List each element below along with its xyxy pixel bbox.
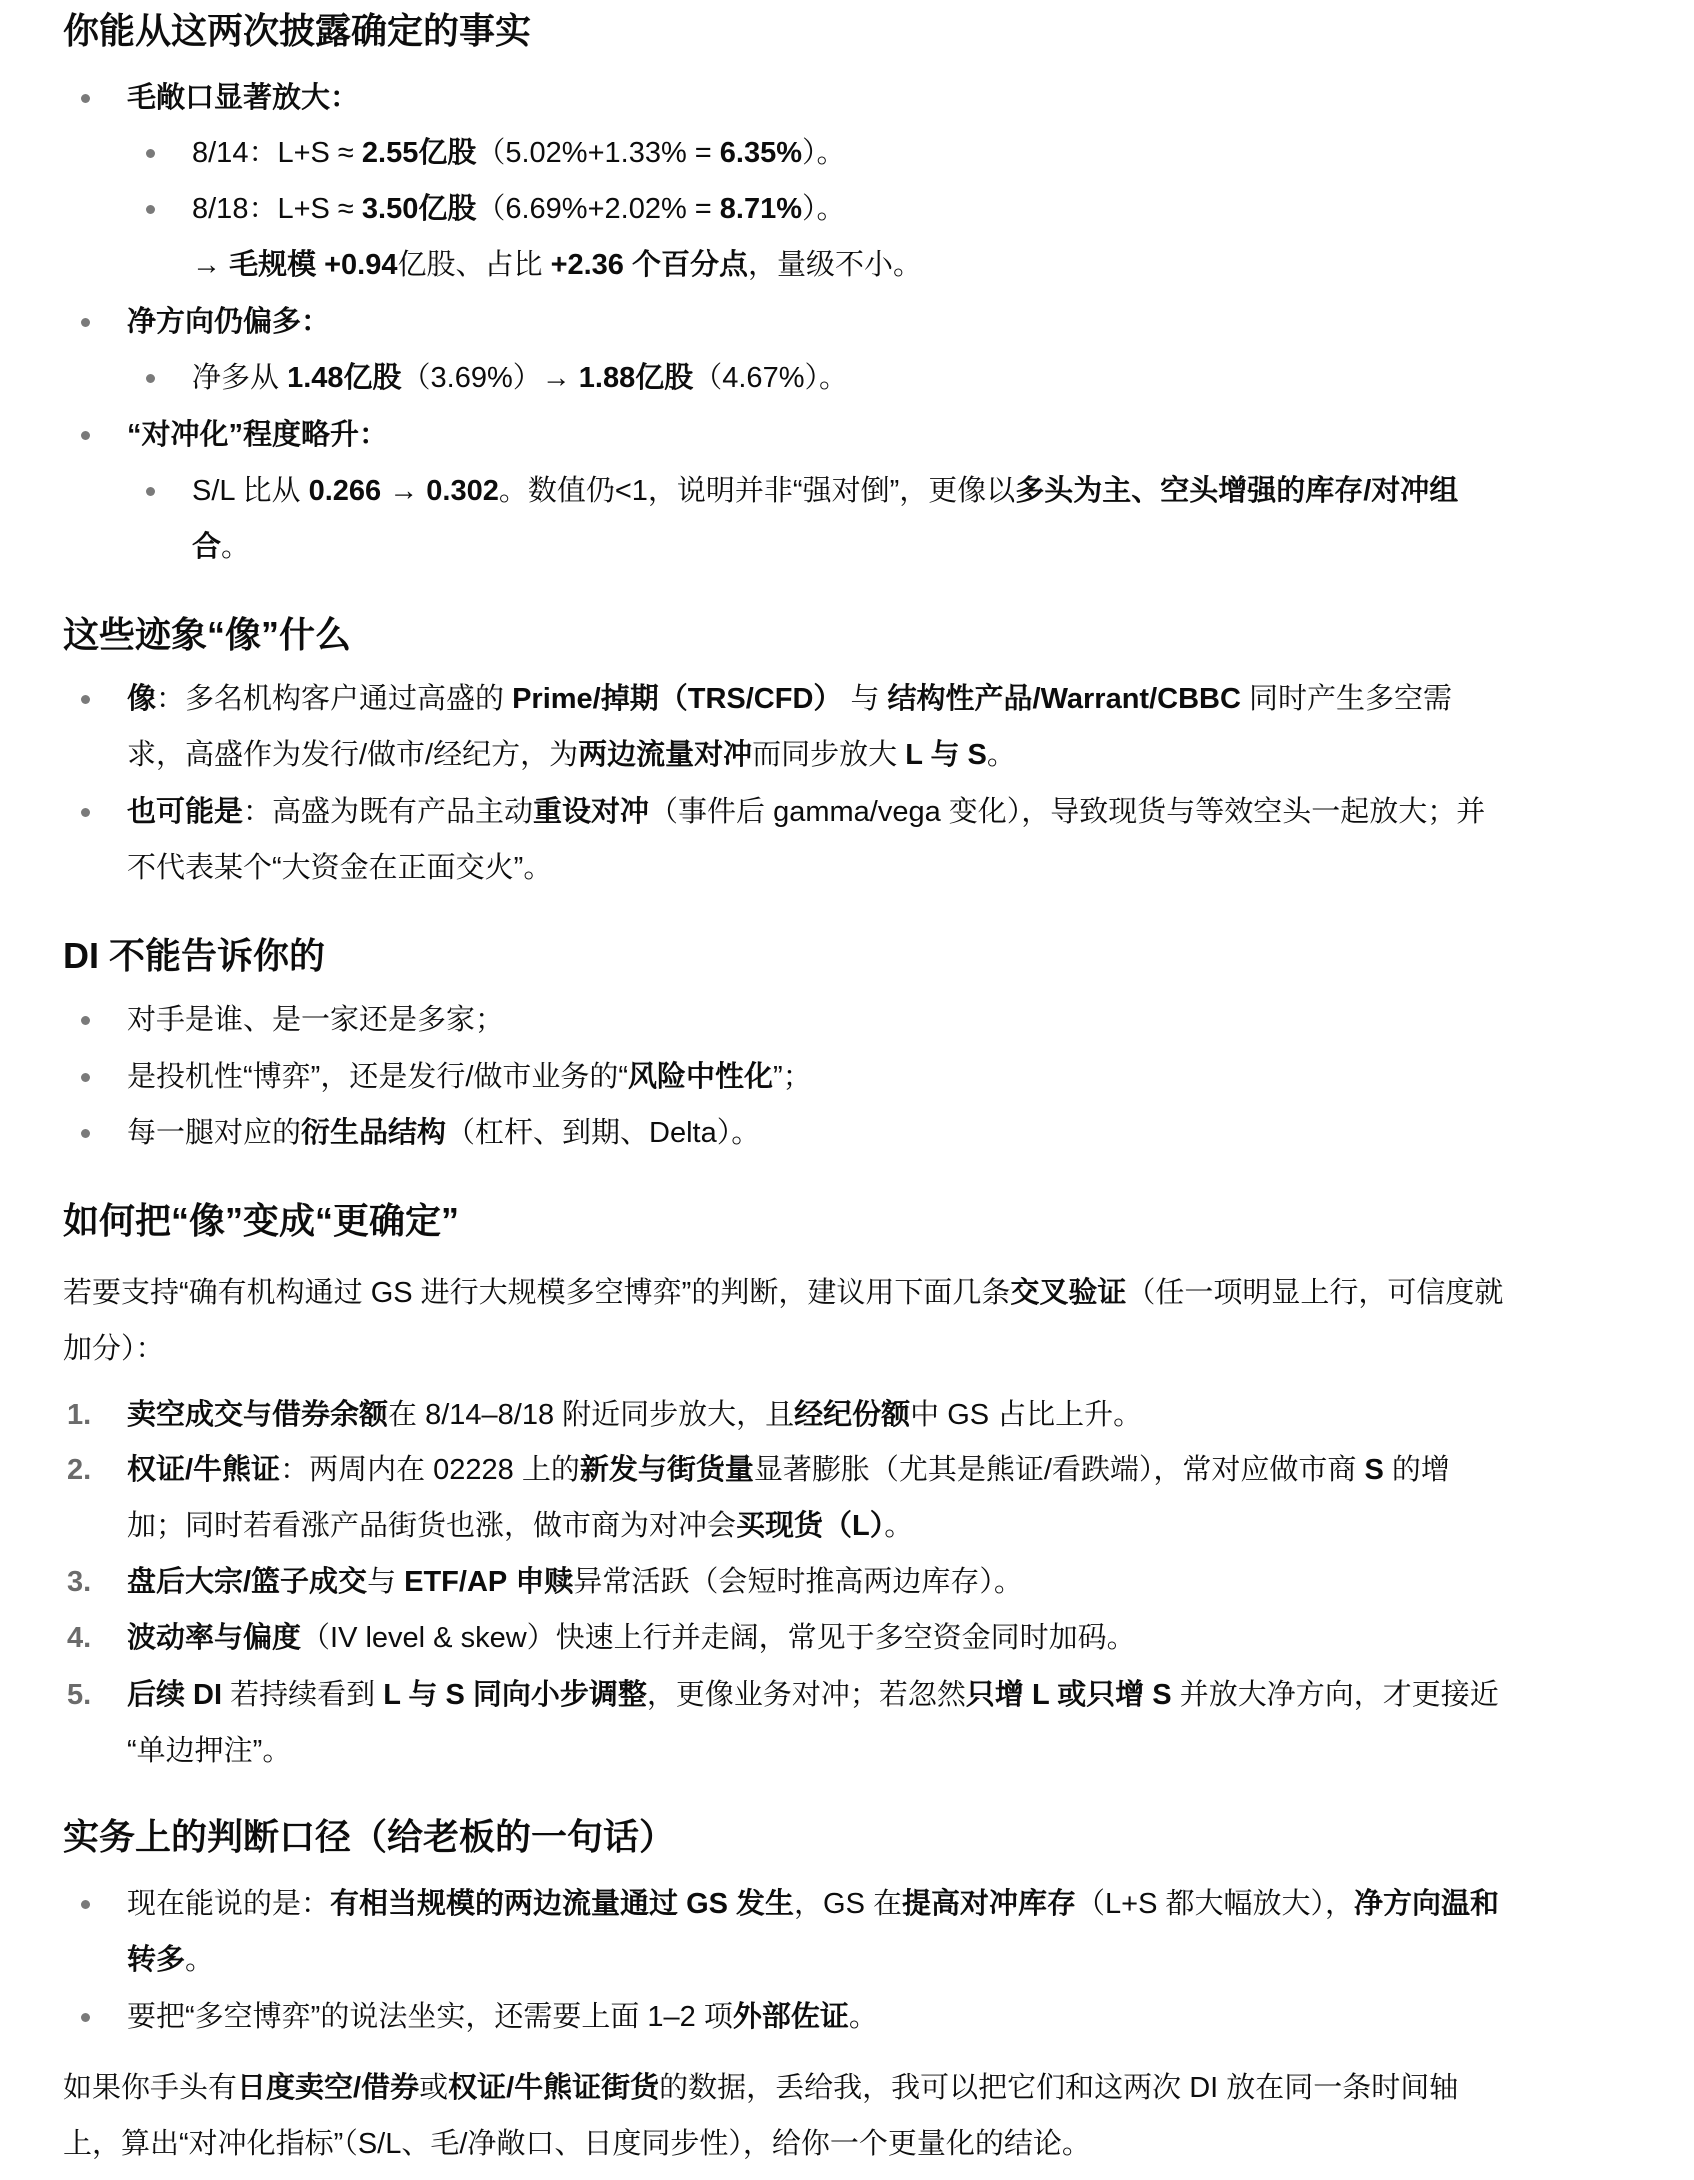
text-line: 也可能是：高盛为既有产品主动重设对冲（事件后 gamma/vega 变化），导致…	[127, 792, 1485, 832]
bold-text: 0.266 → 0.302	[309, 475, 499, 507]
section-heading: DI 不能告诉你的	[63, 934, 325, 978]
text-line: 8/18：L+S ≈ 3.50亿股（6.69%+2.02% = 8.71%）。	[192, 189, 846, 229]
bold-text: 交叉验证	[1010, 1277, 1126, 1309]
bold-text: 净方向仍偏多：	[127, 306, 330, 338]
text-line: 波动率与偏度（IV level & skew）快速上行并走阔，常见于多空资金同时…	[127, 1618, 1136, 1658]
list-number: 4.	[67, 1618, 91, 1658]
bold-text: 2.55亿股	[362, 137, 476, 169]
text-run: 异常活跃（会短时推高两边库存）。	[573, 1566, 1023, 1598]
bullet-dot-icon	[81, 431, 90, 440]
bold-text: 提高对冲库存	[902, 1888, 1076, 1920]
text-run: （4.67%）。	[693, 362, 848, 394]
text-run: （IV level & skew）快速上行并走阔，常见于多空资金同时加码。	[301, 1622, 1136, 1654]
text-run: 在 8/14–8/18 附近同步放大，且	[388, 1399, 794, 1431]
bold-text: L 与 S	[905, 739, 987, 771]
text-line: → 毛规模 +0.94亿股、占比 +2.36 个百分点，量级不小。	[192, 245, 922, 285]
text-run: 要把“多空博弈”的说法坐实，还需要上面 1–2 项	[127, 2001, 733, 2033]
text-run: （5.02%+1.33% =	[476, 137, 719, 169]
bold-text: 申赎	[515, 1566, 573, 1598]
section-heading: 你能从这两次披露确定的事实	[63, 9, 531, 53]
bullet-dot-icon	[81, 2013, 90, 2022]
bold-text: 多头为主、空头增强的库存/对冲组	[1015, 475, 1458, 507]
text-run: （6.69%+2.02% =	[476, 193, 719, 225]
text-run: ，更像业务对冲；若忽然	[647, 1679, 966, 1711]
bold-text: 8.71%	[720, 193, 802, 225]
bold-text: 1.48亿股	[287, 362, 401, 394]
text-run: ：多名机构客户通过高盛的	[156, 683, 512, 715]
bold-text: 转多	[127, 1944, 185, 1976]
text-run: S/L 比从	[192, 475, 309, 507]
list-number: 1.	[67, 1395, 91, 1435]
text-run: 而同步放大	[752, 739, 905, 771]
bold-text: 像	[127, 683, 156, 715]
text-line: 如果你手头有日度卖空/借券或权证/牛熊证街货的数据，丢给我，我可以把它们和这两次…	[63, 2068, 1458, 2108]
bold-text: 卖空成交与借券余额	[127, 1399, 388, 1431]
bold-text: 权证/牛熊证街货	[448, 2072, 659, 2104]
bullet-dot-icon	[81, 94, 90, 103]
bold-text: 买现货（L）	[736, 1510, 884, 1542]
text-run: ，量级不小。	[748, 249, 922, 281]
text-run: 亿股、占比	[398, 249, 551, 281]
bold-text: 毛规模 +0.94	[229, 249, 397, 281]
bullet-dot-icon	[81, 695, 90, 704]
text-run: 中 GS 占比上升。	[910, 1399, 1142, 1431]
text-run: ）。	[802, 193, 846, 225]
text-run: 。	[849, 2001, 878, 2033]
text-run: 显著膨胀（尤其是熊证/看跌端），常对应做市商	[754, 1454, 1365, 1486]
bold-text: 外部佐证	[733, 2001, 849, 2033]
text-line: 转多。	[127, 1940, 214, 1980]
text-run: （3.69%）	[402, 362, 542, 394]
text-line: 若要支持“确有机构通过 GS 进行大规模多空博弈”的判断，建议用下面几条交叉验证…	[63, 1273, 1503, 1313]
text-run: 上，算出“对冲化指标”（S/L、毛/净敞口、日度同步性），给你一个更量化的结论。	[63, 2128, 1091, 2160]
bold-text: 新发与街货量	[580, 1454, 754, 1486]
bold-text: 权证/牛熊证	[127, 1454, 280, 1486]
section-heading: 实务上的判断口径（给老板的一句话）	[63, 1815, 675, 1859]
text-run: 净多从	[192, 362, 287, 394]
bold-text: → 1.88亿股	[542, 362, 694, 394]
text-run: 8/18：L+S ≈	[192, 193, 362, 225]
text-line: 净方向仍偏多：	[127, 302, 330, 342]
text-run: “单边押注”。	[127, 1735, 291, 1767]
bold-text: 重设对冲	[533, 796, 649, 828]
text-run: 的数据，丢给我，我可以把它们和这两次 DI 放在同一条时间轴	[659, 2072, 1458, 2104]
text-line: 求，高盛作为发行/做市/经纪方，为两边流量对冲而同步放大 L 与 S。	[127, 735, 1016, 775]
text-run: 。	[185, 1944, 214, 1976]
text-line: 毛敞口显著放大：	[127, 78, 359, 118]
bold-text: Prime/掉期（TRS/CFD）	[512, 683, 842, 715]
text-run: 对手是谁、是一家还是多家；	[127, 1004, 504, 1036]
text-run: 8/14：L+S ≈	[192, 137, 362, 169]
text-run: （任一项明显上行，可信度就	[1126, 1277, 1503, 1309]
text-line: 是投机性“博弈”，还是发行/做市业务的“风险中性化”；	[127, 1057, 812, 1097]
text-line: 合。	[192, 527, 250, 567]
text-line: “单边押注”。	[127, 1731, 291, 1771]
text-run: 的增	[1384, 1454, 1450, 1486]
bullet-dot-icon	[146, 487, 155, 496]
bold-text: 风险中性化	[628, 1061, 773, 1093]
text-run: 如果你手头有	[63, 2072, 237, 2104]
text-run: （L+S 都大幅放大），	[1076, 1888, 1354, 1920]
bold-text: 波动率与偏度	[127, 1622, 301, 1654]
text-line: “对冲化”程度略升：	[127, 415, 388, 455]
text-line: 加；同时若看涨产品街货也涨，做市商为对冲会买现货（L）。	[127, 1506, 913, 1546]
text-line: 现在能说的是：有相当规模的两边流量通过 GS 发生，GS 在提高对冲库存（L+S…	[127, 1884, 1499, 1924]
text-line: 对手是谁、是一家还是多家；	[127, 1000, 504, 1040]
list-number: 5.	[67, 1675, 91, 1715]
text-line: 权证/牛熊证：两周内在 02228 上的新发与街货量显著膨胀（尤其是熊证/看跌端…	[127, 1450, 1450, 1490]
text-run: 。数值仍<1，说明并非“强对倒”，更像以	[499, 475, 1015, 507]
text-run: 若要支持“确有机构通过 GS 进行大规模多空博弈”的判断，建议用下面几条	[63, 1277, 1010, 1309]
bold-text: +2.36 个百分点	[551, 249, 748, 281]
bullet-dot-icon	[146, 149, 155, 158]
bold-text: “对冲化”程度略升：	[127, 419, 388, 451]
text-run: 。	[884, 1510, 913, 1542]
text-run: 与	[367, 1566, 404, 1598]
text-run: 加分）：	[63, 1333, 165, 1365]
bold-text: 也可能是	[127, 796, 243, 828]
text-line: 不代表某个“大资金在正面交火”。	[127, 848, 552, 888]
section-heading: 这些迹象“像”什么	[63, 613, 351, 657]
text-line: 加分）：	[63, 1329, 165, 1369]
bullet-dot-icon	[81, 808, 90, 817]
text-run: 加；同时若看涨产品街货也涨，做市商为对冲会	[127, 1510, 736, 1542]
bold-text: 日度卖空/借券	[237, 2072, 419, 2104]
text-run: 。	[987, 739, 1016, 771]
bullet-dot-icon	[81, 1900, 90, 1909]
text-run: 。	[221, 531, 250, 563]
bold-text: S	[1364, 1454, 1383, 1486]
text-run: 或	[419, 2072, 448, 2104]
bullet-dot-icon	[146, 205, 155, 214]
bold-text: 衍生品结构	[301, 1117, 446, 1149]
text-run: 同时产生多空需	[1241, 683, 1452, 715]
bold-text: 经纪份额	[794, 1399, 910, 1431]
bullet-dot-icon	[146, 374, 155, 383]
bullet-dot-icon	[81, 318, 90, 327]
text-run: 与	[842, 683, 887, 715]
text-run: ：高盛为既有产品主动	[243, 796, 533, 828]
text-run: →	[192, 249, 229, 281]
text-line: 净多从 1.48亿股（3.69%）→ 1.88亿股（4.67%）。	[192, 358, 848, 398]
text-line: 像：多名机构客户通过高盛的 Prime/掉期（TRS/CFD） 与 结构性产品/…	[127, 679, 1452, 719]
bold-text: 6.35%	[720, 137, 802, 169]
bold-text: 净方向温和	[1354, 1888, 1499, 1920]
list-number: 2.	[67, 1450, 91, 1490]
text-line: S/L 比从 0.266 → 0.302。数值仍<1，说明并非“强对倒”，更像以…	[192, 471, 1458, 511]
text-run: 现在能说的是：	[127, 1888, 330, 1920]
bold-text: 有相当规模的两边流量通过 GS 发生	[330, 1888, 794, 1920]
text-run: ，GS 在	[794, 1888, 902, 1920]
list-number: 3.	[67, 1562, 91, 1602]
text-run: 若持续看到	[222, 1679, 383, 1711]
bold-text: 盘后大宗/篮子成交	[127, 1566, 367, 1598]
text-run: （杠杆、到期、Delta）。	[446, 1117, 760, 1149]
text-line: 盘后大宗/篮子成交与 ETF/AP 申赎异常活跃（会短时推高两边库存）。	[127, 1562, 1023, 1602]
section-heading: 如何把“像”变成“更确定”	[63, 1199, 459, 1243]
text-line: 卖空成交与借券余额在 8/14–8/18 附近同步放大，且经纪份额中 GS 占比…	[127, 1395, 1142, 1435]
text-run: 是投机性“博弈”，还是发行/做市业务的“	[127, 1061, 628, 1093]
text-line: 每一腿对应的衍生品结构（杠杆、到期、Delta）。	[127, 1113, 760, 1153]
text-line: 要把“多空博弈”的说法坐实，还需要上面 1–2 项外部佐证。	[127, 1997, 878, 2037]
bullet-dot-icon	[81, 1073, 90, 1082]
text-run: ：两周内在 02228 上的	[280, 1454, 580, 1486]
bold-text: 3.50亿股	[362, 193, 476, 225]
text-run: 不代表某个“大资金在正面交火”。	[127, 852, 552, 884]
text-line: 上，算出“对冲化指标”（S/L、毛/净敞口、日度同步性），给你一个更量化的结论。	[63, 2124, 1091, 2164]
text-run: ”；	[773, 1061, 812, 1093]
text-run: 求，高盛作为发行/做市/经纪方，为	[127, 739, 578, 771]
bullet-dot-icon	[81, 1016, 90, 1025]
text-run: （事件后 gamma/vega 变化），导致现货与等效空头一起放大；并	[649, 796, 1485, 828]
bold-text: ETF/AP	[404, 1566, 507, 1598]
bold-text: 合	[192, 531, 221, 563]
bold-text: 两边流量对冲	[578, 739, 752, 771]
bold-text: 只增 L 或只增 S	[966, 1679, 1172, 1711]
text-line: 后续 DI 若持续看到 L 与 S 同向小步调整，更像业务对冲；若忽然只增 L …	[127, 1675, 1499, 1715]
bold-text: 结构性产品/Warrant/CBBC	[888, 683, 1241, 715]
text-run: 每一腿对应的	[127, 1117, 301, 1149]
text-line: 8/14：L+S ≈ 2.55亿股（5.02%+1.33% = 6.35%）。	[192, 133, 846, 173]
bold-text: 后续 DI	[127, 1679, 222, 1711]
text-run: 并放大净方向，才更接近	[1172, 1679, 1499, 1711]
bullet-dot-icon	[81, 1129, 90, 1138]
text-run: ）。	[802, 137, 846, 169]
bold-text: L 与 S 同向小步调整	[383, 1679, 647, 1711]
bold-text: 毛敞口显著放大：	[127, 82, 359, 114]
